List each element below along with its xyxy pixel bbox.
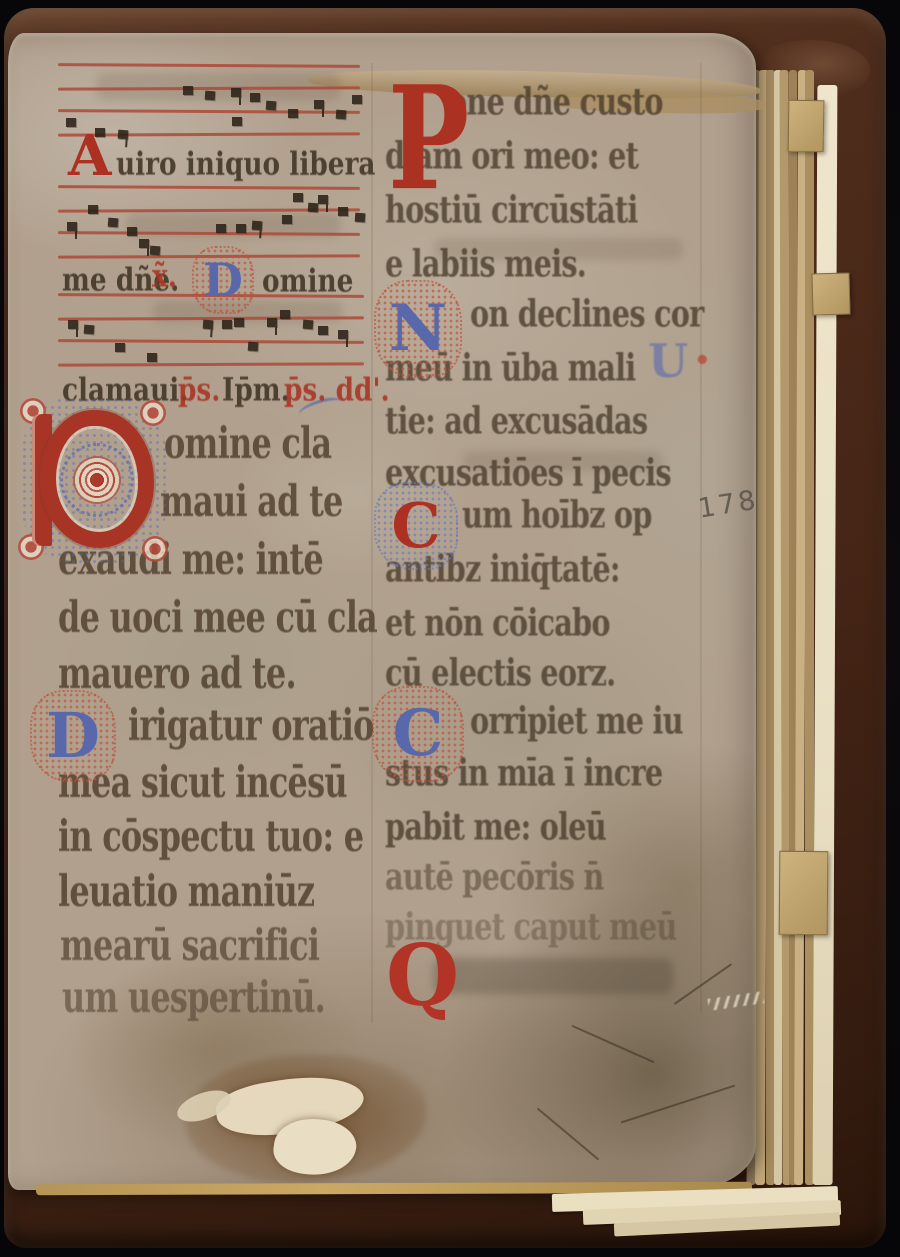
marginal-guide-letter: U bbox=[648, 334, 688, 388]
neume bbox=[139, 239, 149, 248]
neume bbox=[267, 318, 277, 327]
initial-p-red: P bbox=[388, 68, 469, 211]
psalm-line: on declines cor bbox=[470, 292, 703, 336]
initial-q-red: Q bbox=[386, 934, 459, 1018]
rubric-abbreviation: p̄s. dd'. bbox=[284, 372, 390, 409]
neume bbox=[118, 130, 129, 140]
staff-line bbox=[58, 109, 360, 114]
staff-line bbox=[58, 339, 364, 344]
initial-letter: D bbox=[203, 257, 243, 303]
folio-number: 178 bbox=[696, 485, 761, 525]
psalm-line: omine cla bbox=[164, 418, 331, 468]
psalm-line: orripiet me iu bbox=[470, 699, 683, 743]
illuminated-initial-grand-d bbox=[30, 406, 158, 554]
psalm-line: tie: ad excusādas bbox=[385, 399, 647, 443]
neume bbox=[252, 221, 263, 231]
neume bbox=[282, 215, 292, 224]
neume bbox=[222, 320, 232, 329]
psalm-line: irigatur oratiō bbox=[128, 700, 374, 750]
initial-a-red: A bbox=[68, 128, 111, 184]
neume bbox=[150, 246, 161, 256]
marginal-mark: • bbox=[694, 346, 711, 376]
initial-d-blue: D bbox=[30, 690, 116, 782]
neume bbox=[68, 320, 78, 329]
psalm-line: autē pecōris n̄ bbox=[385, 855, 604, 899]
chant-text-line: omine bbox=[262, 263, 353, 300]
psalm-line: in cōspectu tuo: e bbox=[58, 811, 363, 861]
neume bbox=[234, 318, 244, 327]
neume bbox=[303, 320, 314, 330]
psalm-line: one dñe custo bbox=[448, 80, 663, 124]
ink-layer: uiro iniquo liberame dñe.x̃.omineclamaui… bbox=[0, 0, 900, 1257]
initial-letter: D bbox=[46, 705, 100, 767]
chant-text-line: Ip̄m. bbox=[222, 372, 290, 409]
psalm-line: um hoībz op bbox=[462, 493, 652, 537]
neume bbox=[355, 213, 366, 223]
neume bbox=[216, 224, 226, 233]
neume bbox=[338, 330, 348, 339]
initial-n-blue: N bbox=[374, 280, 462, 378]
initial-letter: N bbox=[389, 297, 448, 361]
neume bbox=[108, 218, 119, 228]
psalm-line: mearū sacrifici bbox=[60, 920, 319, 970]
psalm-line: maui ad te bbox=[160, 476, 343, 526]
psalm-line: um uespertinū. bbox=[62, 972, 325, 1022]
manuscript-photo: uiro iniquo liberame dñe.x̃.omineclamaui… bbox=[0, 0, 900, 1257]
neume bbox=[314, 100, 324, 109]
neume bbox=[84, 325, 95, 335]
neume bbox=[352, 95, 362, 104]
neume bbox=[88, 205, 98, 214]
neume bbox=[293, 193, 303, 202]
initial-d-blue-ornate: D bbox=[192, 246, 254, 314]
neume bbox=[231, 88, 241, 97]
neume bbox=[266, 101, 277, 111]
neume bbox=[203, 320, 214, 330]
neume bbox=[147, 353, 157, 362]
versicle-mark: x̃. bbox=[152, 258, 177, 295]
chant-text-line: uiro iniquo libera bbox=[116, 146, 375, 183]
neume bbox=[205, 91, 216, 101]
initial-rosette bbox=[63, 446, 131, 514]
psalm-line: et nōn cōicabo bbox=[385, 601, 610, 645]
neume bbox=[318, 326, 328, 335]
neume bbox=[336, 110, 347, 120]
neume bbox=[250, 93, 260, 102]
psalm-line: mauero ad te. bbox=[58, 648, 296, 698]
corner-rosette bbox=[142, 536, 168, 562]
neume bbox=[280, 310, 290, 319]
neume bbox=[183, 86, 193, 95]
staff-line bbox=[58, 63, 360, 68]
neume bbox=[236, 224, 246, 233]
neume bbox=[338, 207, 348, 216]
neume bbox=[232, 117, 242, 126]
psalm-line: pabit me: oleū bbox=[385, 805, 606, 849]
neume bbox=[308, 203, 319, 213]
staff-line bbox=[58, 231, 360, 236]
neume bbox=[248, 342, 259, 352]
initial-letter: C bbox=[393, 702, 444, 766]
rubric-abbreviation: p̄s. bbox=[178, 372, 220, 409]
initial-c-red: C bbox=[374, 482, 458, 570]
psalm-line: de uoci mee cū cla bbox=[58, 592, 377, 642]
neume bbox=[115, 343, 125, 352]
initial-letter: C bbox=[391, 495, 440, 557]
corner-rosette bbox=[140, 400, 166, 426]
initial-c-blue: C bbox=[372, 686, 464, 782]
neume bbox=[127, 227, 137, 236]
neume bbox=[67, 222, 77, 231]
neume bbox=[318, 195, 328, 204]
neume bbox=[288, 109, 298, 118]
psalm-line: leuatio maniūz bbox=[58, 866, 314, 916]
staff-line bbox=[58, 362, 364, 366]
